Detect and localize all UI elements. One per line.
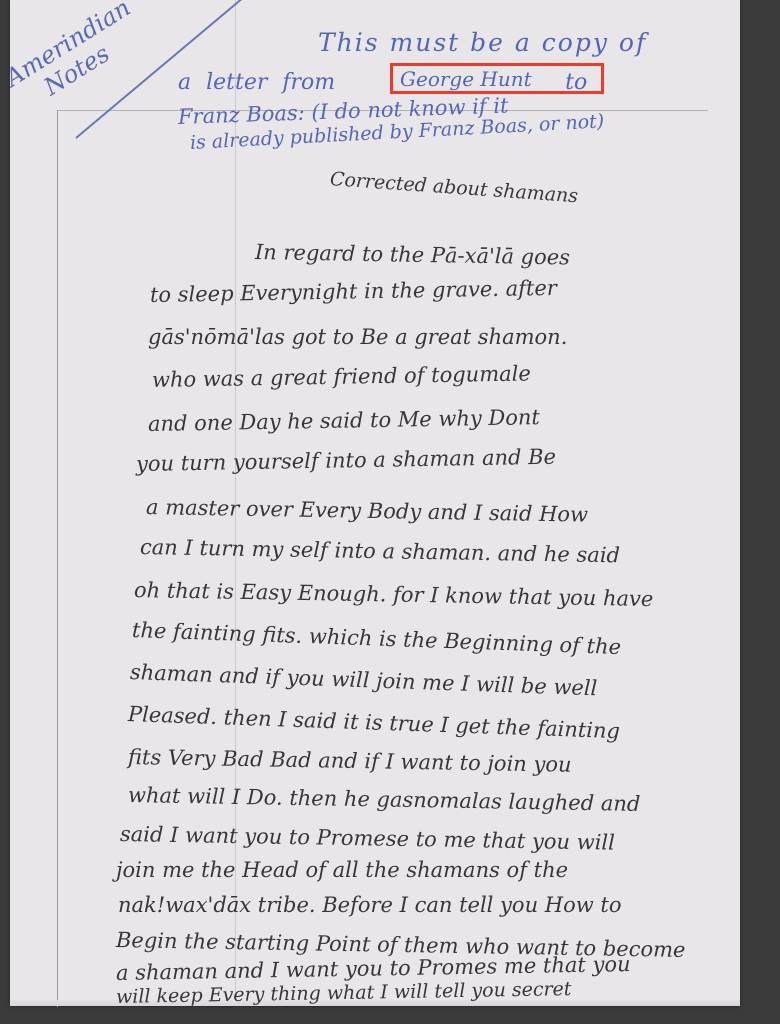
archival-note-line1: This must be a copy of	[318, 28, 647, 57]
archival-note-line2-prefix: a letter from	[178, 70, 335, 95]
letter-line: gās'nōmā'las got to Be a great shamon.	[148, 325, 567, 349]
red-highlight-box	[390, 63, 604, 94]
letter-line: join me the Head of all the shamans of t…	[116, 858, 568, 882]
letter-line: nak!wax'dāx tribe. Before I can tell you…	[118, 893, 621, 917]
